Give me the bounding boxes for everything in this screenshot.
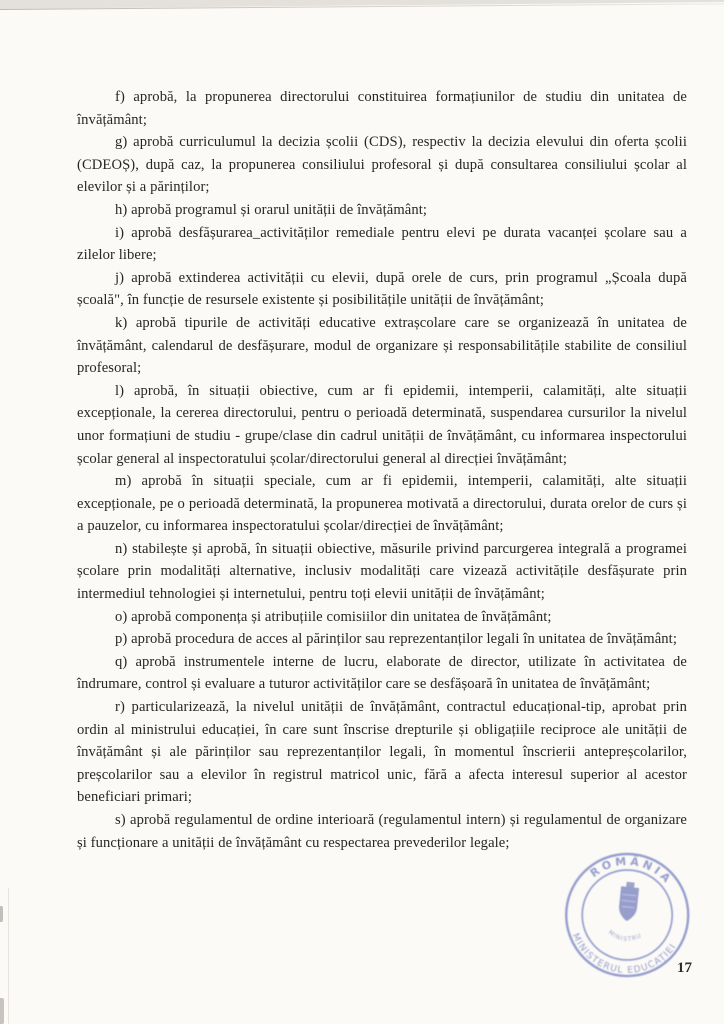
document-page: f) aprobă, la propunerea directorului co… [0, 0, 724, 1024]
paragraph: k) aprobă tipurile de activități educati… [77, 312, 687, 380]
page-number: 17 [677, 960, 692, 977]
scan-mark [0, 906, 3, 922]
scan-mark [0, 998, 4, 1024]
paragraph: m) aprobă în situații speciale, cum ar f… [77, 470, 687, 538]
paragraph: r) particularizează, la nivelul unității… [77, 696, 687, 809]
paragraph: s) aprobă regulamentul de ordine interio… [77, 809, 687, 854]
paragraph: n) stabilește și aprobă, în situații obi… [77, 538, 687, 606]
paragraph: j) aprobă extinderea activității cu elev… [77, 267, 687, 312]
stamp-inner-text: MINISTRU [606, 928, 644, 944]
stamp-inner-circle [578, 866, 677, 965]
paragraph: p) aprobă procedura de acces al părințil… [77, 628, 687, 651]
svg-text:MINISTERUL EDUCAȚIEI: MINISTERUL EDUCAȚIEI [566, 931, 679, 981]
paragraph: g) aprobă curriculumul la decizia școlii… [77, 131, 687, 199]
scan-left-artifact [8, 888, 9, 1024]
paragraph: h) aprobă programul și orarul unității d… [77, 199, 687, 222]
stamp-bottom-text: MINISTERUL EDUCAȚIEI [566, 931, 679, 981]
paragraph: o) aprobă componența și atribuțiile comi… [77, 606, 687, 629]
paragraph: l) aprobă, în situații obiective, cum ar… [77, 380, 687, 470]
stamp-outer-circle [560, 848, 694, 982]
svg-text:ROMÂNIA: ROMÂNIA [587, 850, 677, 888]
svg-text:MINISTRU: MINISTRU [606, 928, 644, 944]
stamp-top-text: ROMÂNIA [587, 850, 677, 888]
body-text: f) aprobă, la propunerea directorului co… [77, 86, 687, 854]
paragraph: q) aprobă instrumentele interne de lucru… [77, 651, 687, 696]
coat-of-arms [618, 881, 640, 922]
paragraph: i) aprobă desfășurarea_activităților rem… [77, 222, 687, 267]
paragraph: f) aprobă, la propunerea directorului co… [77, 86, 687, 131]
